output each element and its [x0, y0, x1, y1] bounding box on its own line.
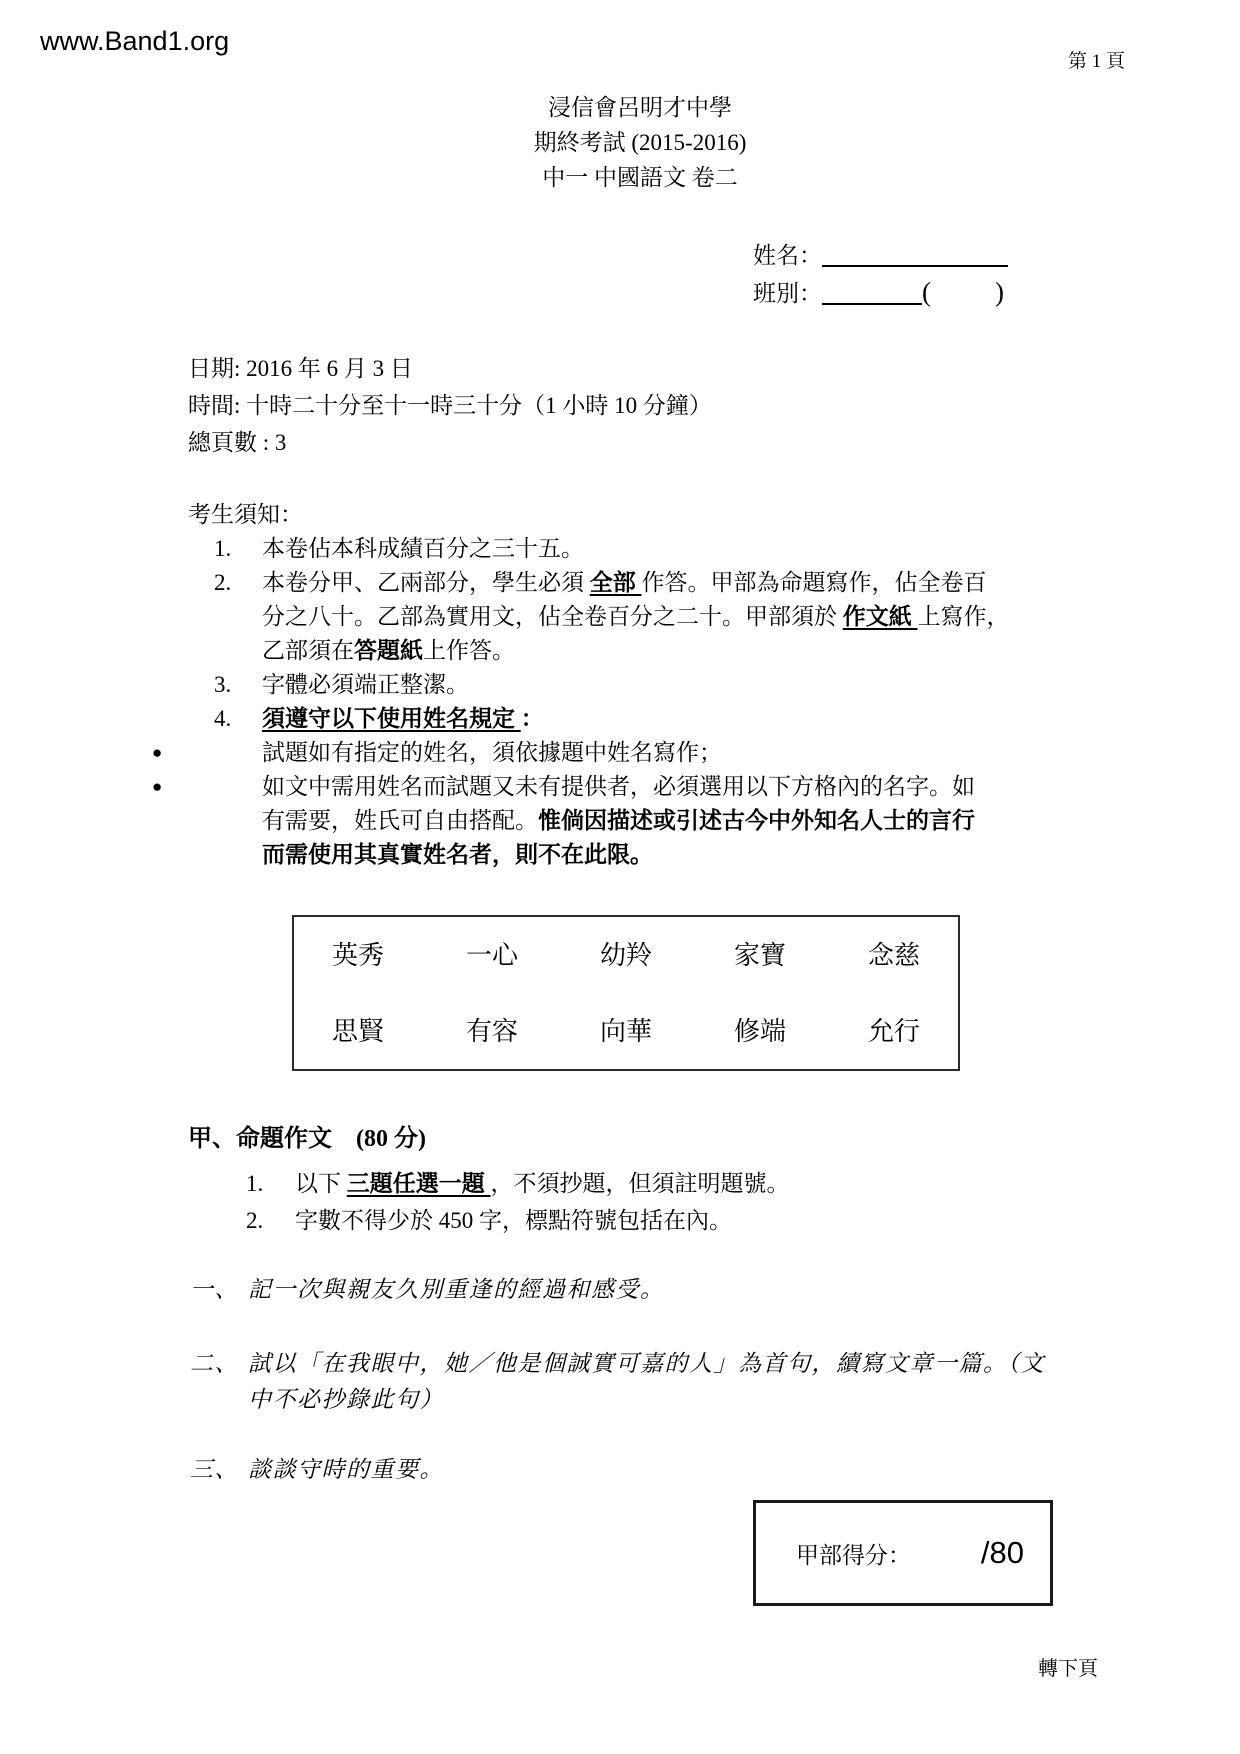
class-blank-line [822, 302, 922, 305]
instruction-item: 4. 須遵守以下使用姓名規定 ： [214, 702, 1108, 736]
instruction-item-marker: 4. [214, 702, 262, 736]
exam-header: 浸信會呂明才中學 期終考試 (2015-2016) 中一 中國語文 卷二 [40, 90, 1240, 195]
score-total: /80 [981, 1535, 1024, 1571]
instruction-item-marker: 2. [214, 566, 262, 668]
given-name-option: 念慈 [868, 935, 920, 972]
instruction-item-text: 字體必須端正整潔。 [262, 668, 1108, 702]
paper-title: 中一 中國語文 卷二 [40, 160, 1240, 195]
given-name-option: 幼羚 [600, 935, 652, 972]
class-label: 班別： [753, 281, 822, 306]
score-label: 甲部得分： [796, 1537, 911, 1570]
section-a: 甲、命題作文 (80 分) 1. 以下 三題任選一題 ，不須抄題，但須註明題號。… [188, 1118, 790, 1239]
instruction-item-text: 試題如有指定的姓名，須依據題中姓名寫作； [262, 736, 1108, 770]
given-name-option: 有容 [466, 1011, 518, 1048]
given-name-option: 家寶 [734, 935, 786, 972]
names-row: 思賢 有容 向華 修端 允行 [332, 1007, 920, 1051]
given-name-option: 英秀 [332, 935, 384, 972]
instruction-item-text: 如文中需用姓名而試題又未有提供者，必須選用以下方格內的名字。如有需要，姓氏可自由… [262, 770, 1108, 872]
given-name-option: 向華 [600, 1011, 652, 1048]
rule-text: 以下 三題任選一題 ，不須抄題，但須註明題號。 [295, 1165, 790, 1202]
instruction-bullet-item: ● 試題如有指定的姓名，須依據題中姓名寫作； [152, 736, 1108, 770]
essay-question-1: 一、 記一次與親友久別重逢的經過和感受。 [190, 1272, 665, 1308]
class-number-paren-open: ( [922, 277, 931, 307]
names-row: 英秀 一心 幼羚 家寶 念慈 [332, 931, 920, 975]
school-name: 浸信會呂明才中學 [40, 90, 1240, 125]
total-pages: 總頁數 : 3 [188, 424, 712, 461]
rule-marker: 2. [246, 1202, 295, 1239]
site-watermark: www.Band1.org [40, 26, 229, 57]
instruction-item: 3. 字體必須端正整潔。 [214, 668, 1108, 702]
exam-meta: 日期: 2016 年 6 月 3 日 時間: 十時二十分至十一時三十分（1 小時… [188, 350, 712, 461]
given-name-option: 一心 [466, 935, 518, 972]
instructions-title: 考生須知： [188, 498, 1108, 532]
section-a-rule: 2. 字數不得少於 450 字，標點符號包括在內。 [246, 1202, 790, 1239]
class-field: 班別：() [753, 274, 1008, 312]
section-a-score-box: 甲部得分： /80 [753, 1500, 1053, 1606]
candidate-instructions: 考生須知： 1. 本卷佔本科成績百分之三十五。 2. 本卷分甲、乙兩部分，學生必… [188, 498, 1108, 872]
exam-date: 日期: 2016 年 6 月 3 日 [188, 350, 712, 387]
question-marker: 一、 [190, 1272, 248, 1308]
instructions-list: 1. 本卷佔本科成績百分之三十五。 2. 本卷分甲、乙兩部分，學生必須 全部 作… [188, 532, 1108, 872]
question-text: 談談守時的重要。 [248, 1452, 444, 1488]
name-label: 姓名： [753, 243, 822, 268]
given-name-option: 修端 [734, 1011, 786, 1048]
student-info: 姓名： 班別：() [753, 237, 1008, 312]
turn-page-note: 轉下頁 [1038, 1652, 1098, 1681]
instruction-item-text: 須遵守以下使用姓名規定 ： [262, 702, 1108, 736]
section-a-heading: 甲、命題作文 (80 分) [188, 1118, 790, 1153]
section-a-rules: 1. 以下 三題任選一題 ，不須抄題，但須註明題號。 2. 字數不得少於 450… [246, 1165, 790, 1239]
instruction-item: 1. 本卷佔本科成績百分之三十五。 [214, 532, 1108, 566]
question-marker: 三、 [190, 1452, 248, 1488]
class-number-paren-close: ) [995, 277, 1004, 307]
section-a-rule: 1. 以下 三題任選一題 ，不須抄題，但須註明題號。 [246, 1165, 790, 1202]
given-name-option: 思賢 [332, 1011, 384, 1048]
name-field: 姓名： [753, 237, 1008, 274]
allowed-names-box: 英秀 一心 幼羚 家寶 念慈 思賢 有容 向華 修端 允行 [292, 915, 960, 1071]
rule-marker: 1. [246, 1165, 295, 1202]
given-name-option: 允行 [868, 1011, 920, 1048]
question-marker: 二、 [190, 1346, 248, 1418]
exam-title: 期終考試 (2015-2016) [40, 125, 1240, 160]
instruction-item: 2. 本卷分甲、乙兩部分，學生必須 全部 作答。甲部為命題寫作，佔全卷百分之八十… [214, 566, 1108, 668]
exam-paper-page: www.Band1.org 第 1 頁 浸信會呂明才中學 期終考試 (2015-… [0, 0, 1240, 1754]
exam-time: 時間: 十時二十分至十一時三十分（1 小時 10 分鐘） [188, 387, 712, 424]
instruction-bullet-item: ● 如文中需用姓名而試題又未有提供者，必須選用以下方格內的名字。如有需要，姓氏可… [152, 770, 1108, 872]
bullet-icon: ● [152, 770, 262, 872]
bullet-icon: ● [152, 736, 262, 770]
instruction-item-marker: 3. [214, 668, 262, 702]
instruction-item-marker: 1. [214, 532, 262, 566]
instruction-item-text: 本卷佔本科成績百分之三十五。 [262, 532, 1108, 566]
name-blank-line [822, 264, 1008, 267]
question-text: 試以「在我眼中，她／他是個誠實可嘉的人」為首句，續寫文章一篇。（文中不必抄錄此句… [248, 1346, 1045, 1418]
essay-question-2: 二、 試以「在我眼中，她／他是個誠實可嘉的人」為首句，續寫文章一篇。（文中不必抄… [190, 1346, 1045, 1418]
page-number: 第 1 頁 [1068, 46, 1125, 73]
essay-question-3: 三、 談談守時的重要。 [190, 1452, 444, 1488]
rule-text: 字數不得少於 450 字，標點符號包括在內。 [295, 1202, 732, 1239]
question-text: 記一次與親友久別重逢的經過和感受。 [248, 1272, 665, 1308]
instruction-item-text: 本卷分甲、乙兩部分，學生必須 全部 作答。甲部為命題寫作，佔全卷百分之八十。乙部… [262, 566, 1108, 668]
